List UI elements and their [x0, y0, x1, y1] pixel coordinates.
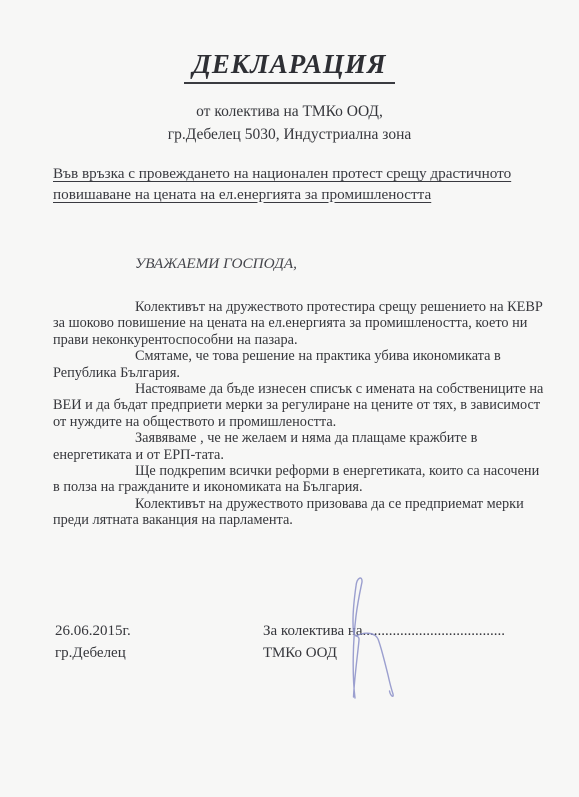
footer-date-place: 26.06.2015г. гр.Дебелец	[55, 621, 263, 664]
sender-line-2: гр.Дебелец 5030, Индустриална зона	[0, 124, 579, 147]
company-name-line: ТМКо ООД	[263, 643, 535, 665]
document-title: ДЕКЛАРАЦИЯ	[0, 44, 579, 84]
body-paragraph: Смятаме, че това решение на практика уби…	[53, 348, 549, 381]
document-title-text: ДЕКЛАРАЦИЯ	[184, 49, 394, 84]
salutation: УВАЖАЕМИ ГОСПОДА,	[135, 255, 297, 273]
body-paragraph: Колективът на дружеството протестира сре…	[53, 299, 549, 348]
subject-heading: Във връзка с провеждането на национален …	[53, 164, 558, 205]
body-paragraph: Колективът на дружеството призовава да с…	[53, 496, 549, 529]
scanned-document-page: ДЕКЛАРАЦИЯ от колектива на ТМКо ООД, гр.…	[0, 0, 579, 797]
signature-label-line: За колектива на.........................…	[263, 621, 535, 643]
body-paragraph: Заявяваме , че не желаем и няма да плаща…	[53, 430, 549, 463]
body-paragraph: Ще подкрепим всички реформи в енергетика…	[53, 463, 549, 496]
place-line: гр.Дебелец	[55, 643, 263, 665]
footer-block: 26.06.2015г. гр.Дебелец За колектива на.…	[55, 621, 535, 664]
date-line: 26.06.2015г.	[55, 621, 263, 643]
footer-signature-block: За колектива на.........................…	[263, 621, 535, 664]
sender-line-1: от колектива на ТМКо ООД,	[0, 101, 579, 124]
document-body: Колективът на дружеството протестира сре…	[53, 299, 549, 529]
body-paragraph: Настояваме да бъде изнесен списък с имен…	[53, 381, 549, 430]
sender-block: от колектива на ТМКо ООД, гр.Дебелец 503…	[0, 101, 579, 146]
